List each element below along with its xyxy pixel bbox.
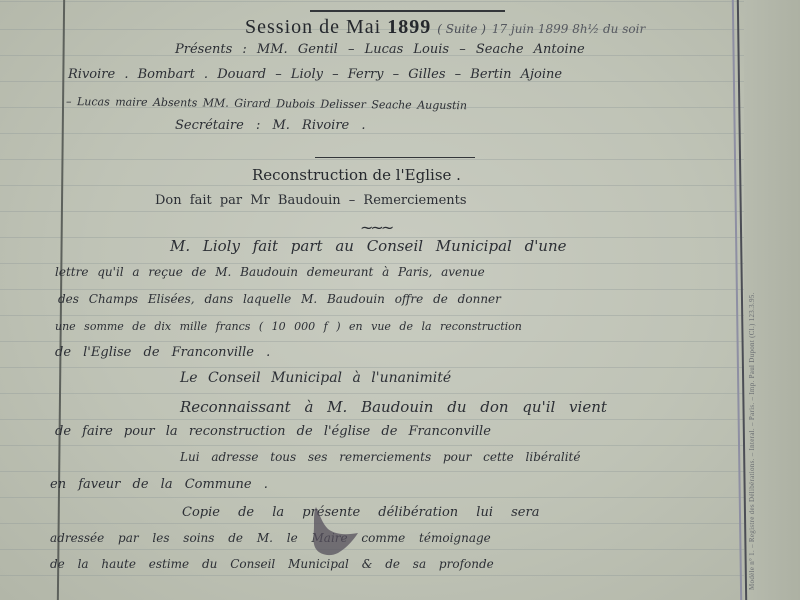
- body-line-1: M. Lioly fait part au Conseil Municipal …: [170, 237, 567, 255]
- body-line-10: en faveur de la Commune .: [50, 477, 268, 492]
- register-page: Modèle n° 1. – Registre des Délibération…: [0, 0, 800, 600]
- section-rule: [315, 157, 475, 158]
- section-separator: ~~~: [360, 218, 391, 237]
- ink-stain: [308, 505, 368, 560]
- body-line-5: de l'Eglise de Franconville .: [55, 345, 270, 360]
- session-title: Session de Mai 1899 ( Suite ) 17 juin 18…: [245, 16, 645, 39]
- body-line-4: une somme de dix mille francs ( 10 000 f…: [55, 320, 522, 333]
- secretary-line: Secrétaire : M. Rivoire .: [175, 118, 366, 133]
- section-subheading: Don fait par Mr Baudouin – Remerciements: [155, 193, 467, 208]
- body-line-2: lettre qu'il a reçue de M. Baudouin deme…: [55, 265, 485, 279]
- body-line-3: des Champs Elisées, dans laquelle M. Bau…: [58, 292, 501, 306]
- title-rule: [310, 10, 505, 12]
- body-line-13: de la haute estime du Conseil Municipal …: [50, 557, 494, 571]
- body-line-8: de faire pour la reconstruction de l'égl…: [55, 424, 491, 439]
- body-line-9: Lui adresse tous ses remerciements pour …: [180, 450, 580, 464]
- body-line-12: adressée par les soins de M. le Maire co…: [50, 531, 491, 545]
- session-date-note: 17 juin 1899 8h½ du soir: [492, 22, 645, 36]
- presents-line: Présents : MM. Gentil – Lucas Louis – Se…: [175, 42, 585, 57]
- section-heading: Reconstruction de l'Eglise .: [252, 166, 461, 184]
- title-main: Session de Mai: [245, 16, 381, 38]
- printer-imprint: Modèle n° 1. – Registre des Délibération…: [748, 292, 756, 590]
- body-line-6: Le Conseil Municipal à l'unanimité: [180, 370, 451, 386]
- title-year: 1899: [387, 16, 431, 38]
- attendance-line-2: Rivoire . Bombart . Douard – Lioly – Fer…: [68, 67, 562, 82]
- title-suite: ( Suite ): [437, 22, 486, 36]
- body-line-7: Reconnaissant à M. Baudouin du don qu'il…: [180, 398, 607, 416]
